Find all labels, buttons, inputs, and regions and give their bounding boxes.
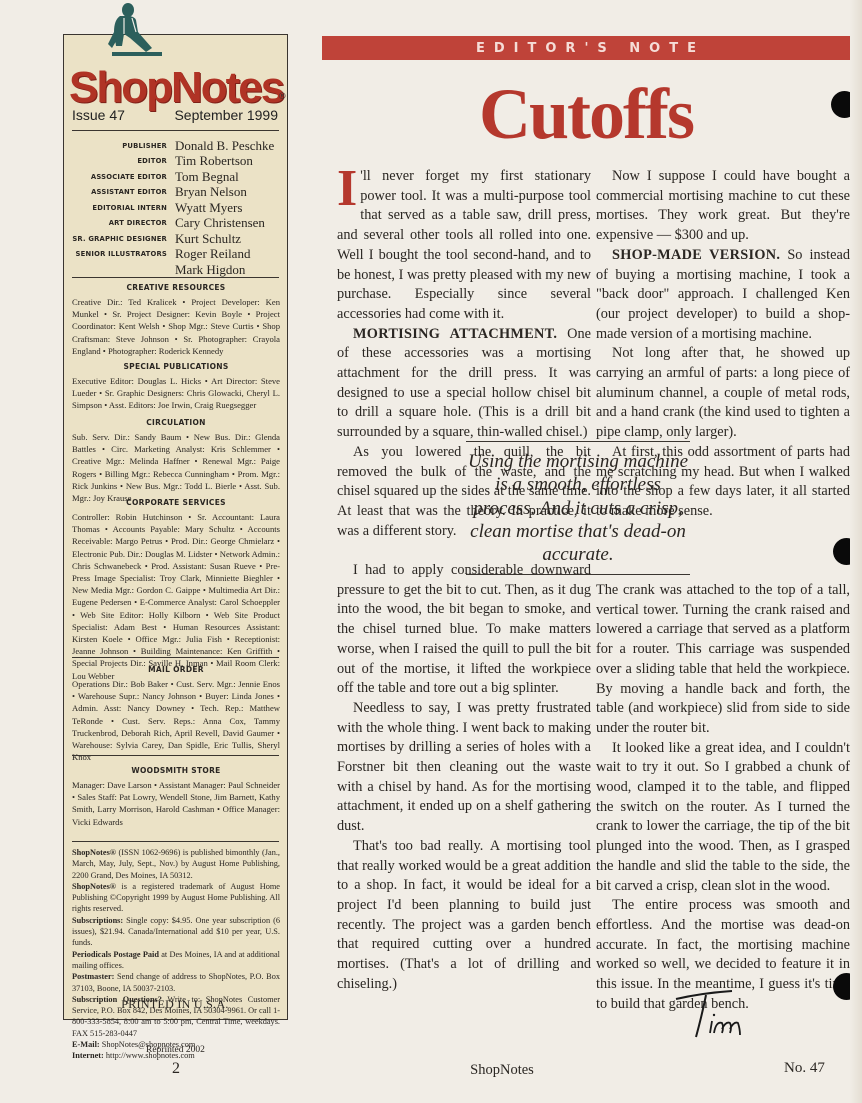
staff-row: ASSOCIATE EDITORTom Begnal xyxy=(70,169,282,185)
section-corporate-services: CORPORATE SERVICES Controller: Robin Hut… xyxy=(72,498,280,682)
issue-date: September 1999 xyxy=(174,107,278,123)
section-woodsmith-store: WOODSMITH STORE Manager: Dave Larson • A… xyxy=(72,766,280,828)
staff-row: EDITORTim Robertson xyxy=(70,154,282,170)
woodworker-logo-icon xyxy=(100,2,170,62)
pubinfo-line: ShopNotes® is a registered trademark of … xyxy=(72,881,280,915)
pubinfo-line: Postmaster: Send change of address to Sh… xyxy=(72,971,280,994)
divider xyxy=(72,130,279,131)
banner-label: EDITOR'S NOTE xyxy=(467,41,705,56)
paragraph: Now I suppose I could have bought a comm… xyxy=(596,167,850,246)
pull-quote: Using the mortising machine is a smooth,… xyxy=(466,441,690,575)
section-mail-order: MAIL ORDER Operations Dir.: Bob Baker • … xyxy=(72,665,280,763)
drop-cap: I xyxy=(337,169,357,209)
staff-list: PUBLISHERDonald B. Peschke EDITORTim Rob… xyxy=(70,138,282,278)
staff-row: EDITORIAL INTERNWyatt Myers xyxy=(70,200,282,216)
subhead-runin: SHOP-MADE VERSION. xyxy=(612,247,780,263)
section-circulation: CIRCULATION Sub. Serv. Dir.: Sandy Baum … xyxy=(72,418,280,504)
registered-mark: ® xyxy=(279,91,286,101)
pubinfo-line: Periodicals Postage Paid at Des Moines, … xyxy=(72,949,280,972)
pubinfo-line: Subscriptions: Single copy: $4.95. One y… xyxy=(72,915,280,949)
article-column-2-continued: The crank was attached to the top of a t… xyxy=(596,581,850,1014)
staff-row: PUBLISHERDonald B. Peschke xyxy=(70,138,282,154)
divider xyxy=(72,755,279,756)
staff-row: Mark Higdon xyxy=(70,262,282,278)
paragraph: That's too bad really. A mortising tool … xyxy=(337,837,591,995)
section-special-publications: SPECIAL PUBLICATIONS Executive Editor: D… xyxy=(72,362,280,412)
page-edge xyxy=(850,0,862,1103)
divider xyxy=(72,657,279,658)
staff-row: ART DIRECTORCary Christensen xyxy=(70,216,282,232)
reprinted-note: Reprinted 2002 xyxy=(146,1045,205,1055)
divider xyxy=(72,277,279,278)
signature-tim xyxy=(672,985,752,1045)
paragraph: The crank was attached to the top of a t… xyxy=(596,581,850,739)
paragraph: I'll never forget my first stationary po… xyxy=(337,167,591,325)
magazine-name: ShopNotes xyxy=(0,1062,862,1079)
paragraph: I had to apply considerable downward pre… xyxy=(337,561,591,699)
masthead-box: ShopNotes ® Issue 47 September 1999 PUBL… xyxy=(63,34,288,1020)
section-banner: EDITOR'S NOTE xyxy=(322,36,850,60)
magazine-page: ShopNotes ® Issue 47 September 1999 PUBL… xyxy=(0,0,862,1103)
issue-row: Issue 47 September 1999 xyxy=(72,107,278,123)
printed-in: PRINTED IN U.S.A. xyxy=(64,997,286,1012)
divider xyxy=(72,841,279,842)
logo-wordmark: ShopNotes xyxy=(69,63,283,113)
publication-info: ShopNotes® (ISSN 1062-9696) is published… xyxy=(72,847,280,1062)
issue-number: Issue 47 xyxy=(72,107,125,123)
subhead-runin: MORTISING ATTACHMENT. xyxy=(353,326,557,342)
staff-row: SR. GRAPHIC DESIGNERKurt Schultz xyxy=(70,231,282,247)
staff-row: ASSISTANT EDITORBryan Nelson xyxy=(70,185,282,201)
paragraph: It looked like a great idea, and I could… xyxy=(596,739,850,897)
section-creative-resources: CREATIVE RESOURCES Creative Dir.: Ted Kr… xyxy=(72,283,280,357)
pubinfo-line: ShopNotes® (ISSN 1062-9696) is published… xyxy=(72,847,280,881)
paragraph: Not long after that, he showed up carryi… xyxy=(596,344,850,443)
article-title: Cutoffs xyxy=(322,74,850,154)
paragraph: MORTISING ATTACHMENT. One of these acces… xyxy=(337,325,591,443)
paragraph: Needless to say, I was pretty frustrated… xyxy=(337,699,591,837)
paragraph: SHOP-MADE VERSION. So instead of buying … xyxy=(596,246,850,345)
staff-row: SENIOR ILLUSTRATORSRoger Reiland xyxy=(70,247,282,263)
issue-number-footer: No. 47 xyxy=(784,1060,825,1077)
article-column-1-continued: I had to apply considerable downward pre… xyxy=(337,561,591,994)
